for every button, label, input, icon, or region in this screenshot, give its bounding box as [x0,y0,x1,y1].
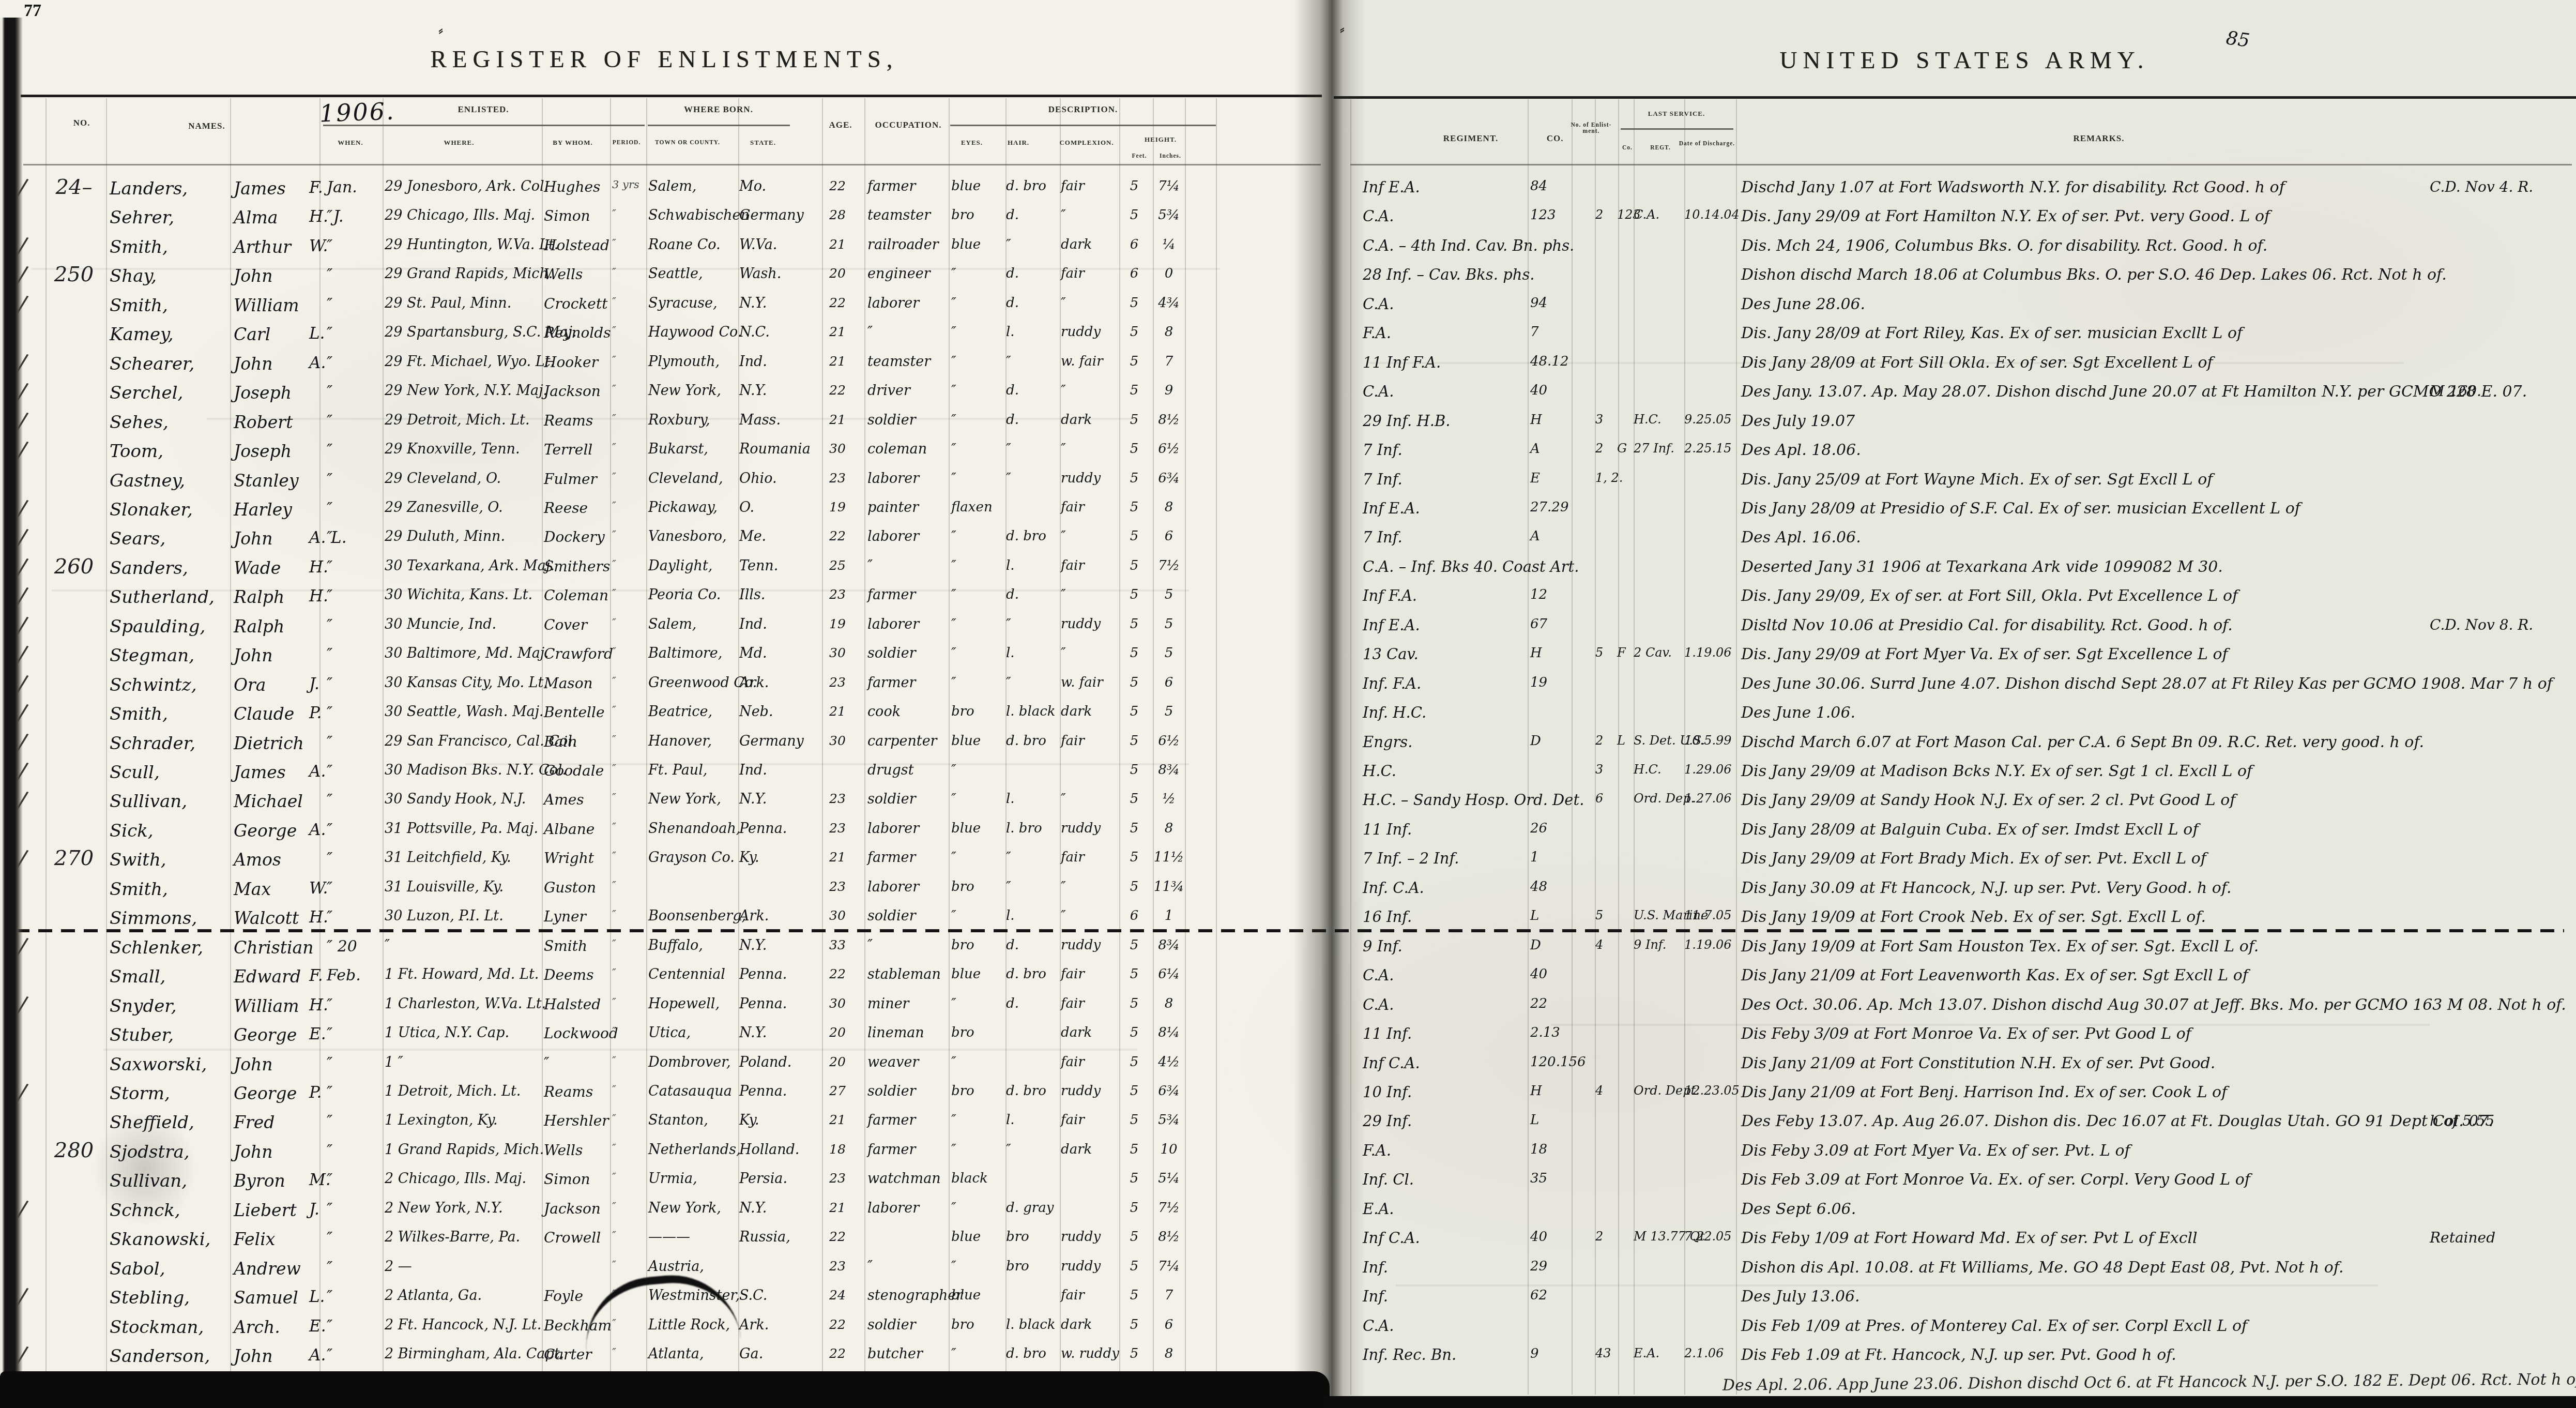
given-name: Stanley [234,471,299,491]
regiment: C.A. [1363,1317,1394,1335]
enlist-by-whom: Reams [544,412,593,429]
given-name: George [234,821,297,841]
regiment: C.A. – Inf. Bks 40. Coast Art. [1363,558,1579,576]
enlist-where: 1 Grand Rapids, Mich. [385,1142,544,1158]
given-name: Byron [234,1171,285,1191]
complexion: fair [1061,178,1085,194]
enlist-by-whom: Reynolds [544,324,611,341]
remarks-text: Des June 28.06. [1741,295,1865,313]
enlist-when: ″ [327,237,332,255]
enlist-where: 30 Seattle, Wash. Maj. [385,704,544,720]
enlist-by-whom: Wells [544,1142,583,1159]
enlist-where: 31 Louisville, Ky. [385,879,504,895]
column-rule [542,98,543,1371]
hair: l. black [1006,1317,1056,1333]
enlist-period: ″ [612,791,616,804]
enlist-where: ″ [385,937,390,953]
eyes: ″ [951,791,956,807]
occupation: miner [867,996,909,1012]
given-name: Dietrich [234,733,304,753]
eyes: black [951,1171,988,1186]
middle-initial: L. [309,324,325,343]
enlist-by-whom: Reese [544,499,588,517]
hair: d. bro [1006,733,1046,749]
born-state: N.Y. [739,1025,767,1041]
regiment: Inf E.A. [1363,616,1420,634]
left-folio-number: 77 [24,1,41,21]
height-inches: 7 [1151,354,1187,369]
enlist-where: 29 St. Paul, Minn. [385,295,511,311]
regiment: Inf. [1363,1259,1388,1276]
remarks-right-note: h of 5.55 [2430,1112,2494,1129]
regiment: C.A. – 4th Ind. Cav. Bn. phs. [1363,237,1574,254]
enlist-period: ″ [612,1054,616,1067]
company: 9 [1530,1346,1571,1361]
register-row: Sullivan, Byron M. ″ 2 Chicago, Ills. Ma… [0,1169,2576,1198]
surname: Storm, [110,1083,170,1104]
enlist-when: ″ [327,1200,332,1218]
height-inches: 5 [1151,616,1187,632]
company: 26 [1530,821,1571,836]
last-service-regt: C.A. [1634,207,1659,222]
enlist-period: ″ [612,675,616,687]
complexion: fair [1061,558,1085,573]
height-feet: 5 [1123,499,1146,515]
company: A [1530,441,1571,457]
regiment: E.A. [1363,1200,1394,1218]
remarks-text: Dis. Jany 28/09 at Fort Riley, Kas. Ex o… [1741,324,2243,342]
regiment: Inf. H.C. [1363,704,1426,721]
complexion: dark [1061,1317,1092,1333]
register-row: 280 Sjodstra, John ″ 1 Grand Rapids, Mic… [0,1140,2576,1169]
company: 120.156 [1530,1054,1571,1070]
surname: Skanowski, [110,1229,210,1250]
born-town: Buffalo, [648,937,703,953]
remarks-text: Dis Jany 28/09 at Presidio of S.F. Cal. … [1741,499,2300,518]
surname: Sullivan, [110,791,187,812]
column-rule [1350,99,1351,1395]
last-service-co: G [1617,441,1635,456]
born-town: Salem, [648,178,696,194]
enlist-when: ″ [327,1346,332,1364]
last-service-date: 9.25.05 [1684,412,1732,427]
given-name: Arthur [234,237,291,257]
remarks-right-note: C.D. Nov 4. R. [2430,178,2533,195]
enlist-where: 29 Chicago, Ills. Maj. [385,207,535,223]
hair: d. [1006,996,1019,1011]
remarks-text: Dis Feb 1.09 at Ft. Hancock, N.J. up ser… [1741,1346,2176,1364]
enlist-by-whom: Crowell [544,1229,601,1246]
regiment: Inf E.A. [1363,499,1420,517]
eyes: blue [951,821,981,836]
born-town: Roxbury, [648,412,710,428]
enlist-where: 30 Baltimore, Md. Maj. [385,645,549,661]
remarks-text: Des June 30.06. Surrd June 4.07. Dishon … [1741,675,2553,693]
surname: Saxworski, [110,1054,207,1075]
hair: l. bro [1006,821,1042,836]
born-state: Germany [739,733,804,749]
eyes: ″ [951,850,956,865]
height-inches: 6¾ [1151,1083,1187,1099]
enlist-by-whom: Hughes [544,178,600,195]
born-town: ——— [648,1229,690,1245]
enlist-when: ″ [327,704,332,722]
height-inches: 9 [1151,383,1187,398]
height-inches: 7 [1151,1288,1187,1303]
height-feet: 5 [1123,1112,1146,1128]
register-row: Saxworski, John ″ 1 ″ ″ ″ Dombrover, Pol… [0,1052,2576,1082]
given-name: Carl [234,324,270,344]
given-name: Harley [234,499,292,520]
enlist-period: ″ [612,996,616,1008]
height-feet: 5 [1123,1025,1146,1040]
hair: l. [1006,791,1015,807]
enlist-by-whom: Crockett [544,295,607,312]
enlist-by-whom: Lockwood [544,1025,618,1042]
column-rule [1060,98,1061,1371]
scan-streak [1370,362,2404,364]
enlist-where: 29 Jonesboro, Ark. Col. [385,178,548,194]
enlist-by-whom: Hershler [544,1112,609,1129]
age: 28 [823,207,852,222]
hair: ″ [1006,675,1011,690]
company: 40 [1530,1229,1571,1245]
born-state: Ohio. [739,471,777,487]
enlist-when: Jan. [327,178,357,196]
eyes: ″ [951,1259,956,1274]
height-feet: 5 [1123,383,1146,398]
surname: Stebling, [110,1288,190,1308]
regiment: 28 Inf. – Cav. Bks. phs. [1363,266,1535,283]
regiment: C.A. [1363,295,1394,313]
age: 21 [823,237,852,252]
occupation: soldier [867,791,916,807]
surname: Snyder, [110,996,177,1017]
born-town: Netherlands, [648,1142,741,1158]
age: 25 [823,558,852,573]
enlist-when: ″ [327,1317,332,1335]
enlist-when: ″ [327,1288,332,1306]
surname: Toom, [110,441,163,462]
enlist-when: ″ [327,207,332,225]
height-feet: 5 [1123,1054,1146,1070]
register-row: ∕ 24– Landers, James F. Jan. 29 Jonesbor… [0,176,2576,206]
middle-initial: H. [309,996,328,1015]
enlist-where: 2 Ft. Hancock, N.J. Lt. [385,1317,541,1333]
complexion: ruddy [1061,821,1101,836]
enlist-where: 2 Birmingham, Ala. Capt. [385,1346,564,1362]
enlistment-count: 3 [1595,412,1616,427]
occupation: ″ [867,558,873,574]
complexion: ″ [1061,879,1066,895]
born-state: N.C. [739,324,770,340]
remarks-text: Dis. Jany 29/09 at Fort Myer Va. Ex of s… [1741,645,2228,663]
enlist-where: 29 Ft. Michael, Wyo. Lt. [385,354,555,370]
hair: l. black [1006,704,1056,719]
register-row: ∕ Stegman, John ″ 30 Baltimore, Md. Maj.… [0,643,2576,673]
occupation: driver [867,383,910,399]
surname: Stockman, [110,1317,204,1338]
enlist-by-whom: Mason [544,675,593,692]
enlist-by-whom: Terrell [544,441,592,458]
enlist-period: ″ [612,966,616,979]
age: 23 [823,821,852,836]
hair: d. [1006,937,1019,953]
hair: bro [1006,1229,1029,1245]
age: 18 [823,1142,852,1157]
hair: d. bro [1006,178,1046,194]
enlist-when: ″ [327,441,332,459]
middle-initial: A. [309,354,326,372]
occupation: farmer [867,1142,916,1158]
complexion: ruddy [1061,616,1101,632]
enlistment-count: 4 [1595,937,1616,952]
register-row: ∕ Smith, Claude P. ″ 30 Seattle, Wash. M… [0,702,2576,731]
enlist-where: 2 Atlanta, Ga. [385,1288,482,1304]
remarks-text: Dis Feby 3.09 at Fort Myer Va. Ex of ser… [1741,1142,2130,1160]
last-service-co: F [1617,645,1635,660]
born-state: S.C. [739,1288,767,1304]
hair: d. bro [1006,966,1046,982]
given-name: Ralph [234,616,284,637]
complexion: ruddy [1061,1083,1101,1099]
height-feet: 5 [1123,1317,1146,1333]
enlist-when: ″ [327,733,332,751]
regiment: Inf. F.A. [1363,675,1421,692]
enlist-when: ″ [327,1229,332,1247]
enlist-period: ″ [612,499,616,512]
enlist-by-whom: Ames [544,791,584,808]
column-rule [45,98,47,1371]
born-state: Tenn. [739,558,778,574]
remarks-text: Des July 19.07 [1741,412,1855,430]
row-number: 260 [43,555,104,579]
company: 40 [1530,966,1571,982]
enlist-by-whom: Simon [544,207,590,224]
complexion: fair [1061,996,1085,1011]
enlist-period: ″ [612,908,616,920]
born-town: Syracuse, [648,295,718,311]
remarks-text: Des Feby 13.07. Ap. Aug 26.07. Dishon di… [1741,1112,2493,1130]
born-town: New York, [648,383,721,399]
occupation: laborer [867,295,919,311]
born-town: Salem, [648,616,696,632]
born-town: Roane Co. [648,237,721,253]
eyes: ″ [951,1200,956,1216]
enlist-by-whom: Smithers [544,558,610,575]
eyes: ″ [951,996,956,1011]
age: 21 [823,1200,852,1215]
eyes: blue [951,178,981,194]
born-state: Roumania [739,441,811,457]
given-name: Alma [234,207,278,228]
occupation: farmer [867,850,916,866]
regiment: Engrs. [1363,733,1412,751]
enlist-period: ″ [612,383,616,395]
company: H [1530,412,1571,428]
age: 24 [823,1288,852,1303]
complexion: w. fair [1061,354,1103,369]
occupation: ″ [867,937,873,953]
born-state: Russia, [739,1229,790,1245]
regiment: F.A. [1363,324,1391,342]
born-town: Vanesboro, [648,528,727,544]
regiment: 29 Inf. H.B. [1363,412,1450,430]
occupation: laborer [867,616,919,632]
eyes: ″ [951,528,956,544]
enlist-by-whom: ″ [544,1054,549,1071]
occupation: soldier [867,645,916,661]
enlist-by-whom: Guston [544,879,596,896]
enlist-by-whom: Lyner [544,908,586,925]
scan-streak [31,268,1220,270]
regiment: Inf. Cl. [1363,1171,1414,1188]
remarks-text: Dis Feb 3.09 at Fort Monroe Va. Ex. of s… [1741,1171,2250,1189]
height-feet: 5 [1123,733,1146,749]
remarks-text: Dishon dischd March 18.06 at Columbus Bk… [1741,266,2447,284]
remarks-right-note: C.D. Nov 8. R. [2430,616,2533,633]
enlist-period: ″ [612,850,616,862]
enlist-when: ″ [327,1112,332,1130]
enlistment-count: 43 [1595,1346,1616,1360]
given-name: Andrew [234,1259,301,1279]
eyes: ″ [951,1112,956,1128]
enlist-by-whom: Reams [544,1083,593,1100]
height-inches: 5 [1151,704,1187,719]
middle-initial: E. [309,1025,326,1043]
complexion: dark [1061,1142,1092,1157]
enlist-period: ″ [612,1200,616,1213]
enlist-period: 3 yrs [612,178,639,191]
hair: d. bro [1006,1346,1046,1361]
height-feet: 6 [1123,908,1146,923]
middle-initial: J. [309,675,319,693]
surname: Sears, [110,528,165,549]
enlist-when: ″ [327,528,332,547]
height-inches: 6 [1151,675,1187,690]
enlist-by-whom: Halsted [544,996,601,1013]
regiment: 7 Inf. [1363,471,1403,488]
middle-initial: W. [309,237,328,255]
eyes: bro [951,937,974,953]
born-state: Penna. [739,996,787,1012]
company: 27.29 [1530,499,1571,515]
born-state: Ky. [739,1112,759,1128]
occupation: farmer [867,178,916,194]
remarks-text: Des Jany. 13.07. Ap. May 28.07. Dishon d… [1741,383,2527,401]
enlistment-count: 2 [1595,441,1616,456]
height-inches: 11½ [1151,850,1187,865]
born-town: Stanton, [648,1112,708,1128]
remarks-text: Dis Feby 1/09 at Fort Howard Md. Ex of s… [1741,1229,2198,1247]
born-state: Ind. [739,616,767,632]
remarks-text: Dis Jany 28/09 at Balguin Cuba. Ex of se… [1741,821,2199,839]
born-town: Pickaway, [648,499,718,516]
height-feet: 6 [1123,237,1146,252]
height-inches: 5 [1151,645,1187,661]
enlist-by-whom: Deems [544,966,594,983]
height-inches: ¼ [1151,237,1187,252]
last-service-date: 1.27.06 [1684,791,1732,806]
enlist-period: ″ [612,441,616,453]
enlist-where: 1 Detroit, Mich. Lt. [385,1083,521,1099]
company: 123 [1530,207,1571,223]
remarks-text: Des June 1.06. [1741,704,1855,722]
surname: Small, [110,966,165,987]
eyes: bro [951,1083,974,1099]
surname: Sanders, [110,558,188,579]
middle-initial: J. [309,1200,319,1219]
surname: Sanderson, [110,1346,210,1367]
born-state: N.Y. [739,295,767,311]
register-row: ∕ Smith, Arthur W. ″ 29 Huntington, W.Va… [0,235,2576,264]
age: 22 [823,1229,852,1244]
last-service-date: 10.5.99 [1684,733,1732,748]
born-town: Plymouth, [648,354,720,370]
born-town: Hopewell, [648,996,720,1012]
regiment: 7 Inf. [1363,528,1403,546]
eyes: ″ [951,324,956,340]
remarks-text: Dis Feby 3/09 at Fort Monroe Va. Ex of s… [1741,1025,2191,1043]
company: 40 [1530,383,1571,398]
born-state: Ark. [739,675,769,691]
enlist-when: ″ [327,471,332,489]
height-inches: 1 [1151,908,1187,923]
height-inches: 8 [1151,324,1187,340]
age: 21 [823,354,852,369]
enlist-period: ″ [612,1025,616,1037]
height-feet: 5 [1123,295,1146,311]
register-row: Gastney, Stanley ″ 29 Cleveland, O. Fulm… [0,468,2576,498]
scan-streak [52,589,1189,592]
given-name: Joseph [234,441,292,461]
last-service-date: 2.25.15 [1684,441,1732,456]
surname: Schnck, [110,1200,180,1221]
age: 30 [823,908,852,923]
company: 1 [1530,850,1571,865]
surname: Schearer, [110,354,194,374]
middle-initial: F. [309,966,323,985]
born-state: O. [739,499,754,516]
height-inches: 7¼ [1151,178,1187,194]
enlist-when: ″ [327,821,332,839]
register-row: ∕ Serchel, Joseph ″ 29 New York, N.Y. Ma… [0,381,2576,410]
company: 29 [1530,1259,1571,1274]
enlist-where: 29 Knoxville, Tenn. [385,441,520,457]
remarks-right-note: M 160. [2430,383,2481,400]
scan-streak [465,763,1189,765]
column-rule [1572,99,1573,1395]
born-town: Haywood Co. [648,324,742,340]
complexion: ″ [1061,645,1066,661]
enlist-by-whom: Crawford [544,645,613,662]
height-inches: 11¾ [1151,879,1187,895]
last-service-regt: 2 Cav. [1634,645,1672,660]
born-state: N.Y. [739,937,767,953]
remarks-text: Dis. Mch 24, 1906, Columbus Bks. O. for … [1741,237,2267,255]
last-service-date: 7.22.05 [1684,1229,1732,1244]
eyes: ″ [951,383,956,398]
age: 19 [823,499,852,514]
complexion: dark [1061,1025,1092,1040]
company: 7 [1530,324,1571,340]
enlist-where: 29 New York, N.Y. Maj. [385,383,547,399]
scan-streak [103,1049,1137,1051]
register-row: Skanowski, Felix ″ 2 Wilkes-Barre, Pa. C… [0,1227,2576,1256]
enlist-period: ″ [612,616,616,629]
hair: l. [1006,645,1015,661]
age: 23 [823,471,852,486]
